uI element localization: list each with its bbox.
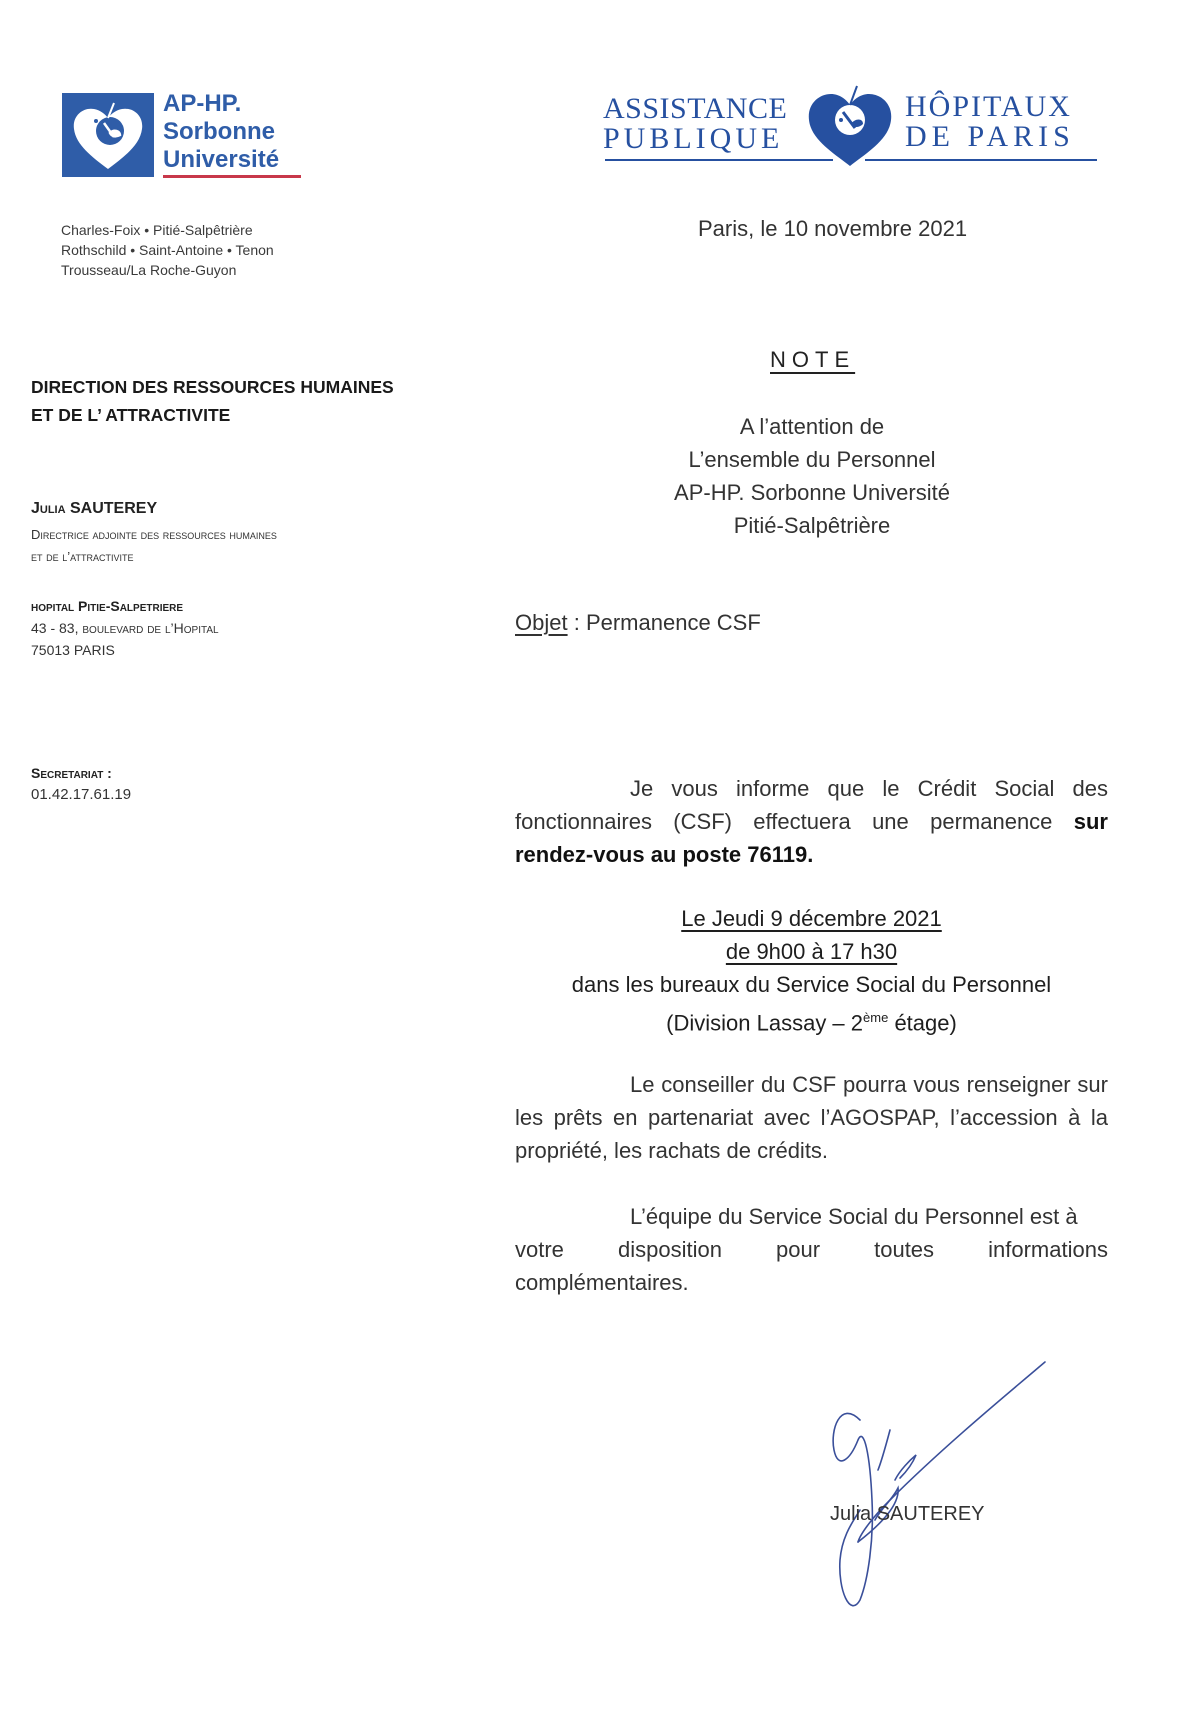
- hospital-name: hopital Pitie-Salpetriere: [31, 595, 219, 617]
- location-text: (Division Lassay – 2: [666, 1010, 863, 1035]
- direction-heading: DIRECTION DES RESSOURCES HUMAINES ET DE …: [31, 373, 394, 429]
- event-date: Le Jeudi 9 décembre 2021: [681, 906, 942, 931]
- address-line: 43 - 83, boulevard de l’Hopital: [31, 617, 219, 639]
- logo-underline: [163, 175, 301, 178]
- note-title: NOTE: [770, 347, 855, 373]
- paragraph-intro: Je vous informe que le Crédit Social des…: [515, 772, 1108, 871]
- logo-line: Sorbonne: [163, 118, 279, 146]
- location-superscript: ème: [863, 1010, 888, 1025]
- word: pour: [776, 1233, 820, 1266]
- secretariat-phone: 01.42.17.61.19: [31, 784, 131, 806]
- signer-title-line: et de l’attractivite: [31, 546, 277, 568]
- paragraph-line-justified: votre disposition pour toutes informatio…: [515, 1233, 1108, 1266]
- signer-title: Directrice adjointe des ressources humai…: [31, 524, 277, 568]
- logo-line: DE PARIS: [905, 122, 1075, 152]
- hospital-line: Rothschild • Saint-Antoine • Tenon: [61, 240, 274, 260]
- subject-text: Permanence CSF: [586, 610, 761, 635]
- hopitaux-de-paris-wordmark: HÔPITAUX DE PARIS: [905, 92, 1075, 152]
- secretariat-block: Secretariat : 01.42.17.61.19: [31, 762, 131, 806]
- recipient-line: A l’attention de: [612, 410, 1012, 443]
- event-place: dans les bureaux du Service Social du Pe…: [515, 968, 1108, 1001]
- recipient-line: L’ensemble du Personnel: [612, 443, 1012, 476]
- subject-separator: :: [568, 610, 586, 635]
- hospital-address: hopital Pitie-Salpetriere 43 - 83, boule…: [31, 595, 219, 661]
- location-text: étage): [888, 1010, 957, 1035]
- signature-name: Julia SAUTEREY: [830, 1503, 985, 1526]
- paragraph-advisor: Le conseiller du CSF pourra vous renseig…: [515, 1068, 1108, 1167]
- event-location: (Division Lassay – 2ème étage): [515, 1001, 1108, 1039]
- word: informations: [988, 1233, 1108, 1266]
- hospitals-list: Charles-Foix • Pitié-Salpêtrière Rothsch…: [61, 220, 274, 280]
- signer-name: Julia SAUTEREY: [31, 500, 277, 518]
- address-line: 75013 PARIS: [31, 639, 219, 661]
- direction-line: DIRECTION DES RESSOURCES HUMAINES: [31, 373, 394, 401]
- logo-rule: [865, 159, 1097, 161]
- letter-date: Paris, le 10 novembre 2021: [698, 216, 967, 242]
- subject-line: Objet : Permanence CSF: [515, 610, 761, 636]
- signer-block: Julia SAUTEREY Directrice adjointe des r…: [31, 500, 277, 568]
- secretariat-label: Secretariat :: [31, 762, 131, 784]
- word: disposition: [618, 1233, 722, 1266]
- subject-label: Objet: [515, 610, 568, 635]
- event-time: de 9h00 à 17 h30: [726, 939, 897, 964]
- logo-rule: [605, 159, 833, 161]
- paragraph-text: Je vous informe que le Crédit Social des…: [515, 776, 1108, 834]
- paragraph-team: L’équipe du Service Social du Personnel …: [515, 1200, 1108, 1299]
- signer-title-line: Directrice adjointe des ressources humai…: [31, 524, 277, 546]
- logo-line: HÔPITAUX: [905, 92, 1075, 122]
- assistance-publique-wordmark: ASSISTANCE PUBLIQUE: [603, 94, 787, 154]
- logo-line: ASSISTANCE: [603, 94, 787, 124]
- logo-line: PUBLIQUE: [603, 124, 787, 154]
- hospital-line: Charles-Foix • Pitié-Salpêtrière: [61, 220, 274, 240]
- recipient-line: AP-HP. Sorbonne Université: [612, 476, 1012, 509]
- logo-line: AP-HP.: [163, 90, 279, 118]
- handwritten-signature-icon: [820, 1360, 1050, 1620]
- paragraph-text: L’équipe du Service Social du Personnel …: [630, 1204, 1078, 1229]
- paragraph-text: Le conseiller du CSF pourra vous renseig…: [515, 1072, 1108, 1163]
- aphp-sorbonne-logo-icon: [62, 93, 154, 177]
- heart-bird-icon: [62, 93, 154, 177]
- recipient-line: Pitié-Salpêtrière: [612, 509, 1012, 542]
- recipients: A l’attention de L’ensemble du Personnel…: [612, 410, 1012, 542]
- hospital-line: Trousseau/La Roche-Guyon: [61, 260, 274, 280]
- direction-line: ET DE L’ ATTRACTIVITE: [31, 401, 394, 429]
- heart-bird-icon: [805, 82, 895, 168]
- word: toutes: [874, 1233, 934, 1266]
- logo-line: Université: [163, 146, 279, 174]
- event-details: Le Jeudi 9 décembre 2021 de 9h00 à 17 h3…: [515, 902, 1108, 1039]
- word: votre: [515, 1233, 564, 1266]
- aphp-sorbonne-wordmark: AP-HP. Sorbonne Université: [163, 90, 279, 174]
- paragraph-text: complémentaires.: [515, 1266, 1108, 1299]
